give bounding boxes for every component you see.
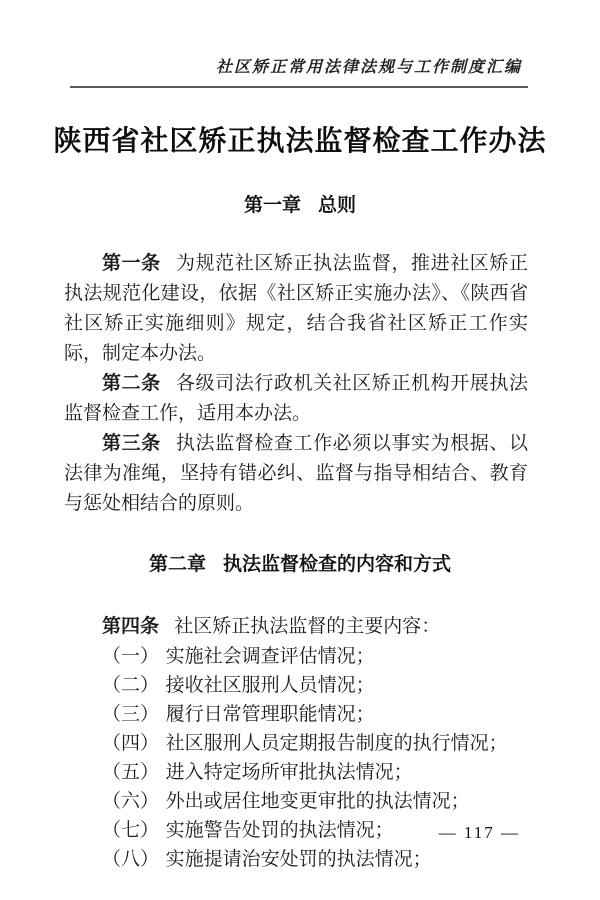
list-item-6: （六）外出或居住地变更审批的执法情况；: [64, 787, 528, 816]
chapter1-body: 第一条为规范社区矫正执法监督，推进社区矫正执法规范化建设，依据《社区矫正实施办法…: [0, 249, 600, 519]
list-item-4-num: （四）: [102, 733, 159, 754]
article-3-label: 第三条: [102, 433, 161, 454]
list-item-4-text: 社区服刑人员定期报告制度的执行情况；: [166, 733, 508, 754]
list-item-6-num: （六）: [102, 791, 159, 812]
list-item-2-text: 接收社区服刑人员情况；: [166, 675, 375, 696]
chapter1-heading: 第一章总则: [0, 194, 600, 218]
list-item-7-num: （七）: [102, 820, 159, 841]
list-item-7-text: 实施警告处罚的执法情况；: [166, 820, 394, 841]
list-item-1-num: （一）: [102, 646, 159, 667]
list-item-3: （三）履行日常管理职能情况；: [64, 700, 528, 729]
article-1: 第一条为规范社区矫正执法监督，推进社区矫正执法规范化建设，依据《社区矫正实施办法…: [64, 249, 528, 369]
list-item-5-num: （五）: [102, 762, 159, 783]
running-header: 社区矫正常用法律法规与工作制度汇编: [0, 0, 600, 79]
list-item-8-text: 实施提请治安处罚的执法情况；: [166, 849, 432, 870]
book-page: 社区矫正常用法律法规与工作制度汇编 陕西省社区矫正执法监督检查工作办法 第一章总…: [0, 0, 600, 900]
page-number: — 117 —: [439, 823, 520, 843]
list-item-2-num: （二）: [102, 675, 159, 696]
article-1-label: 第一条: [102, 253, 161, 274]
chapter1-title: 总则: [318, 195, 356, 216]
running-header-text: 社区矫正常用法律法规与工作制度汇编: [216, 59, 522, 76]
chapter2-title: 执法监督检查的内容和方式: [223, 554, 451, 575]
chapter1-number: 第一章: [244, 195, 301, 216]
list-item-8-num: （八）: [102, 849, 159, 870]
list-item-1: （一）实施社会调查评估情况；: [64, 642, 528, 671]
chapter2-heading: 第二章执法监督检查的内容和方式: [0, 553, 600, 577]
chapter2-number: 第二章: [149, 554, 206, 575]
list-item-2: （二）接收社区服刑人员情况；: [64, 671, 528, 700]
list-item-4: （四）社区服刑人员定期报告制度的执行情况；: [64, 729, 528, 758]
article-2-label: 第二条: [102, 373, 161, 394]
list-item-3-text: 履行日常管理职能情况；: [166, 704, 375, 725]
list-item-5: （五）进入特定场所审批执法情况；: [64, 758, 528, 787]
article-3: 第三条执法监督检查工作必须以事实为根据、以法律为准绳，坚持有错必纠、监督与指导相…: [64, 429, 528, 519]
header-rule: [70, 86, 528, 88]
article-2: 第二条各级司法行政机关社区矫正机构开展执法监督检查工作，适用本办法。: [64, 369, 528, 429]
document-title: 陕西省社区矫正执法监督检查工作办法: [0, 124, 600, 160]
article-4-label: 第四条: [102, 616, 159, 637]
list-item-6-text: 外出或居住地变更审批的执法情况；: [166, 791, 470, 812]
list-item-3-num: （三）: [102, 704, 159, 725]
list-item-1-text: 实施社会调查评估情况；: [166, 646, 375, 667]
list-item-8: （八）实施提请治安处罚的执法情况；: [64, 845, 528, 874]
article-4-text: 社区矫正执法监督的主要内容：: [174, 616, 440, 637]
article-4: 第四条社区矫正执法监督的主要内容：: [64, 612, 528, 642]
list-item-5-text: 进入特定场所审批执法情况；: [166, 762, 413, 783]
